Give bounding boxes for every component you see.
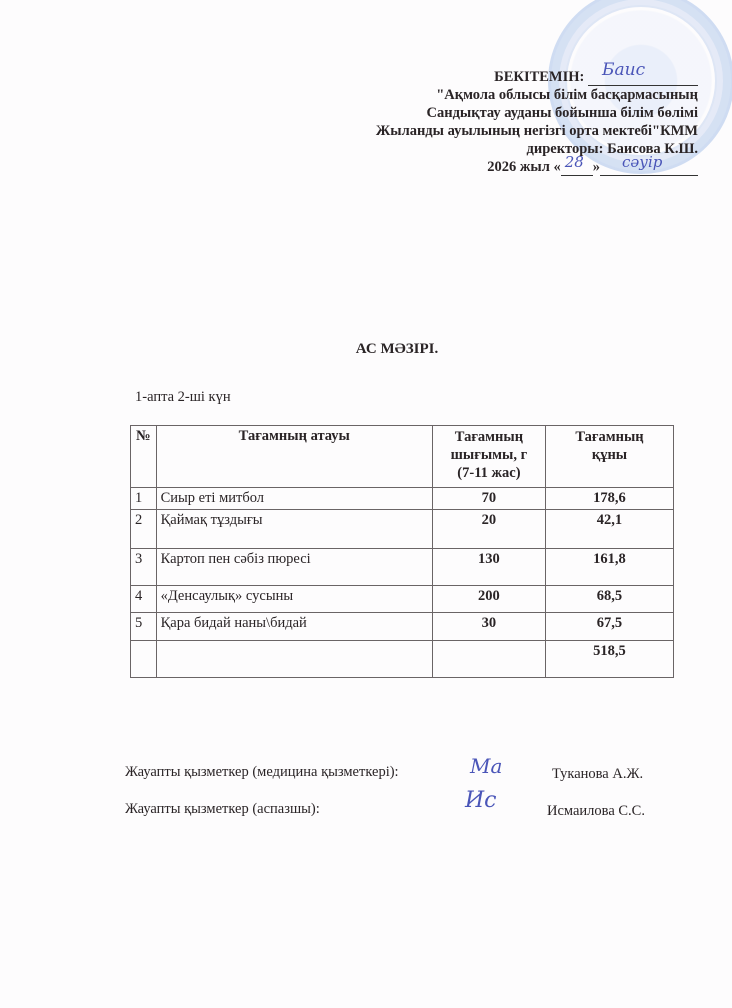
- staff-role-medical: Жауапты қызметкер (медицина қызметкері):: [125, 764, 399, 781]
- row-output: 200: [432, 586, 545, 613]
- table-row: 1 Сиыр еті митбол 70 178,6: [131, 488, 674, 510]
- row-name: Қаймақ тұздығы: [156, 510, 432, 549]
- header-output-line2: шығымы, г: [451, 447, 528, 463]
- menu-table: № Тағамның атауы Тағамның шығымы, г (7-1…: [130, 425, 674, 678]
- staff-name-medical: Туканова А.Ж.: [552, 766, 643, 783]
- page-subtitle: 1-апта 2-ші күн: [135, 389, 231, 406]
- row-price: 178,6: [545, 488, 673, 510]
- header-output-line3: (7-11 жас): [457, 465, 520, 481]
- table-row: 4 «Денсаулық» сусыны 200 68,5: [131, 586, 674, 613]
- row-name: Картоп пен сәбіз пюресі: [156, 549, 432, 586]
- total-price: 518,5: [545, 641, 673, 678]
- approval-heading-line: БЕКІТЕМІН: Баис: [376, 68, 698, 86]
- total-output: [432, 641, 545, 678]
- row-output: 130: [432, 549, 545, 586]
- header-output: Тағамның шығымы, г (7-11 жас): [432, 426, 545, 488]
- row-price: 42,1: [545, 510, 673, 549]
- row-no: 2: [131, 510, 157, 549]
- director-signature-line: Баис: [588, 69, 698, 86]
- staff-name-cook: Исмаилова С.С.: [547, 803, 645, 820]
- page-title: АС МӘЗІРІ.: [0, 341, 732, 358]
- staff-role-cook: Жауапты қызметкер (аспазшы):: [125, 801, 320, 818]
- row-price: 161,8: [545, 549, 673, 586]
- header-price-line1: Тағамның: [575, 429, 643, 445]
- table-header-row: № Тағамның атауы Тағамның шығымы, г (7-1…: [131, 426, 674, 488]
- approval-heading: БЕКІТЕМІН:: [494, 69, 584, 85]
- approval-line-2: Сандықтау ауданы бойынша білім бөлімі: [376, 104, 698, 122]
- header-no: №: [131, 426, 157, 488]
- row-name: «Денсаулық» сусыны: [156, 586, 432, 613]
- header-output-line1: Тағамның: [455, 429, 523, 445]
- header-name: Тағамның атауы: [156, 426, 432, 488]
- row-output: 30: [432, 613, 545, 641]
- approval-block: БЕКІТЕМІН: Баис "Ақмола облысы білім бас…: [376, 68, 698, 176]
- header-price-line2: құны: [592, 447, 627, 463]
- total-no: [131, 641, 157, 678]
- header-price: Тағамның құны: [545, 426, 673, 488]
- date-day: 28: [565, 153, 584, 171]
- approval-line-1: "Ақмола облысы білім басқармасының: [376, 86, 698, 104]
- director-signature: Баис: [602, 61, 645, 79]
- date-day-field: 28: [561, 159, 593, 176]
- total-label: [156, 641, 432, 678]
- row-output: 70: [432, 488, 545, 510]
- row-no: 3: [131, 549, 157, 586]
- row-name: Сиыр еті митбол: [156, 488, 432, 510]
- staff-signature-medical: Ма: [470, 754, 502, 778]
- row-no: 1: [131, 488, 157, 510]
- table-row: 3 Картоп пен сәбіз пюресі 130 161,8: [131, 549, 674, 586]
- table-row: 5 Қара бидай наны\бидай 30 67,5: [131, 613, 674, 641]
- row-no: 4: [131, 586, 157, 613]
- date-mid: »: [593, 159, 600, 175]
- row-output: 20: [432, 510, 545, 549]
- date-prefix: 2026 жыл «: [487, 159, 560, 175]
- table-row: 2 Қаймақ тұздығы 20 42,1: [131, 510, 674, 549]
- staff-signature-cook: Ис: [465, 788, 497, 813]
- row-price: 68,5: [545, 586, 673, 613]
- row-price: 67,5: [545, 613, 673, 641]
- row-name: Қара бидай наны\бидай: [156, 613, 432, 641]
- date-month-field: сәуір: [600, 159, 698, 176]
- approval-date-line: 2026 жыл «28»сәуір: [376, 158, 698, 176]
- approval-line-3: Жыланды ауылының негізгі орта мектебі"КМ…: [376, 122, 698, 140]
- table-total-row: 518,5: [131, 641, 674, 678]
- row-no: 5: [131, 613, 157, 641]
- date-month: сәуір: [622, 153, 662, 171]
